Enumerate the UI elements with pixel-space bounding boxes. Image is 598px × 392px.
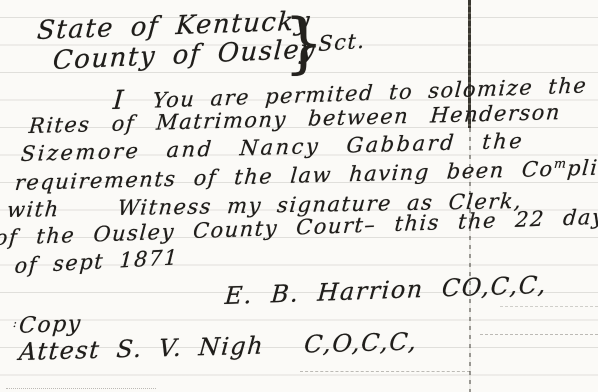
ruling-segment	[480, 334, 598, 335]
with-word: with	[6, 197, 61, 222]
ruling-segment	[300, 371, 470, 372]
clerk-signature: E. B. Harrion CO,C,C,	[224, 271, 548, 310]
date-line: of sept 1871	[14, 245, 179, 278]
copy-label-text: Copy	[18, 312, 82, 339]
requirements-line-end: plied	[566, 155, 598, 181]
copy-label: :Copy	[12, 312, 83, 339]
attest-line-text: Attest S. V. Nigh	[18, 332, 265, 366]
ruling-segment	[6, 388, 156, 389]
scilicet-abbreviation: Sct.	[318, 29, 366, 56]
document-page: State of Kentucky County of Ousley } Sct…	[0, 0, 598, 392]
attest-initials: C,O,C,C,	[303, 327, 418, 358]
ruling-segment	[500, 306, 598, 307]
